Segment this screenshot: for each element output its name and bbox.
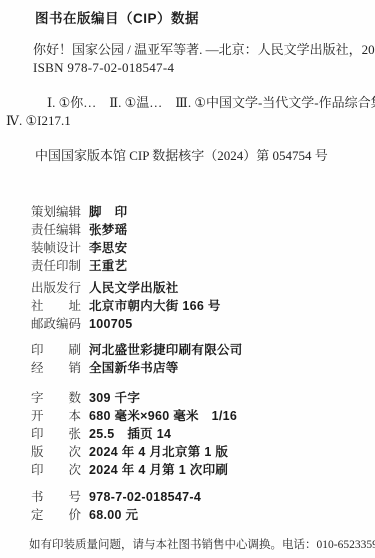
row-value: 张梦瑶 xyxy=(89,221,127,239)
row-value: 978-7-02-018547-4 xyxy=(89,488,201,506)
row-value: 河北盛世彩捷印刷有限公司 xyxy=(89,341,243,359)
row-value: 李思安 xyxy=(89,239,127,257)
colophon-row-price: 定价 68.00 元 xyxy=(31,506,201,524)
row-label: 责任印制 xyxy=(31,257,81,275)
row-label: 出版发行 xyxy=(31,279,81,297)
row-value: 2024 年 4 月北京第 1 版 xyxy=(89,443,228,461)
cip-classification-line1: Ⅰ. ①你… Ⅱ. ①温… Ⅲ. ①中国文学-当代文学-作品综合集 xyxy=(47,92,375,111)
row-value: 680 毫米×960 毫米 1/16 xyxy=(89,407,237,425)
row-label: 邮政编码 xyxy=(31,315,81,333)
row-label: 书号 xyxy=(31,488,81,506)
colophon-row-sheets: 印张 25.5 插页 14 xyxy=(31,425,237,443)
colophon-format-group: 字数 309 千字 开本 680 毫米×960 毫米 1/16 印张 25.5 … xyxy=(31,389,237,479)
cip-copyright-page: 图书在版编目（CIP）数据 你好！国家公园 / 温亚军等著. —北京：人民文学出… xyxy=(0,0,375,558)
colophon-row-designer: 装帧设计 李思安 xyxy=(31,239,127,257)
row-label: 版次 xyxy=(31,443,81,461)
row-label: 社址 xyxy=(31,297,81,315)
row-value: 王重艺 xyxy=(89,257,127,275)
cip-record-number-line: 中国国家版本馆 CIP 数据核字（2024）第 054754 号 xyxy=(35,145,328,164)
colophon-row-print-supervisor: 责任印制 王重艺 xyxy=(31,257,127,275)
colophon-row-address: 社址 北京市朝内大街 166 号 xyxy=(31,297,221,315)
row-value: 25.5 插页 14 xyxy=(89,425,171,443)
quality-notice: 如有印装质量问题，请与本社图书销售中心调换。电话：010-65233595 xyxy=(29,536,375,552)
colophon-row-trim-size: 开本 680 毫米×960 毫米 1/16 xyxy=(31,407,237,425)
row-value: 2024 年 4 月第 1 次印刷 xyxy=(89,461,228,479)
cip-isbn-line: ISBN 978-7-02-018547-4 xyxy=(33,60,174,76)
cip-title-line: 你好！国家公园 / 温亚军等著. —北京：人民文学出版社，2024 xyxy=(33,39,375,58)
colophon-row-word-count: 字数 309 千字 xyxy=(31,389,237,407)
row-value: 北京市朝内大街 166 号 xyxy=(89,297,221,315)
row-value: 68.00 元 xyxy=(89,506,138,524)
colophon-row-edition: 版次 2024 年 4 月北京第 1 版 xyxy=(31,443,237,461)
colophon-staff-group: 策划编辑 脚 印 责任编辑 张梦瑶 装帧设计 李思安 责任印制 王重艺 xyxy=(31,203,127,275)
colophon-row-impression: 印次 2024 年 4 月第 1 次印刷 xyxy=(31,461,237,479)
row-value: 脚 印 xyxy=(89,203,127,221)
row-value: 人民文学出版社 xyxy=(89,279,179,297)
row-value: 100705 xyxy=(89,315,133,333)
colophon-row-printer: 印刷 河北盛世彩捷印刷有限公司 xyxy=(31,341,243,359)
row-label: 开本 xyxy=(31,407,81,425)
row-label: 字数 xyxy=(31,389,81,407)
colophon-publisher-group: 出版发行 人民文学出版社 社址 北京市朝内大街 166 号 邮政编码 10070… xyxy=(31,279,221,333)
row-label: 经销 xyxy=(31,359,81,377)
row-label: 定价 xyxy=(31,506,81,524)
row-value: 全国新华书店等 xyxy=(89,359,179,377)
row-label: 印张 xyxy=(31,425,81,443)
colophon-row-publisher: 出版发行 人民文学出版社 xyxy=(31,279,221,297)
colophon-row-responsible-editor: 责任编辑 张梦瑶 xyxy=(31,221,127,239)
colophon-printing-group: 印刷 河北盛世彩捷印刷有限公司 经销 全国新华书店等 xyxy=(31,341,243,377)
cip-classification-line2: Ⅳ. ①I217.1 xyxy=(6,113,71,129)
colophon-row-postcode: 邮政编码 100705 xyxy=(31,315,221,333)
colophon-row-book-number: 书号 978-7-02-018547-4 xyxy=(31,488,201,506)
row-value: 309 千字 xyxy=(89,389,140,407)
row-label: 印次 xyxy=(31,461,81,479)
colophon-row-distributor: 经销 全国新华书店等 xyxy=(31,359,243,377)
cip-header: 图书在版编目（CIP）数据 xyxy=(35,7,199,27)
row-label: 装帧设计 xyxy=(31,239,81,257)
row-label: 责任编辑 xyxy=(31,221,81,239)
row-label: 印刷 xyxy=(31,341,81,359)
row-label: 策划编辑 xyxy=(31,203,81,221)
colophon-row-planning-editor: 策划编辑 脚 印 xyxy=(31,203,127,221)
colophon-isbn-price-group: 书号 978-7-02-018547-4 定价 68.00 元 xyxy=(31,488,201,524)
